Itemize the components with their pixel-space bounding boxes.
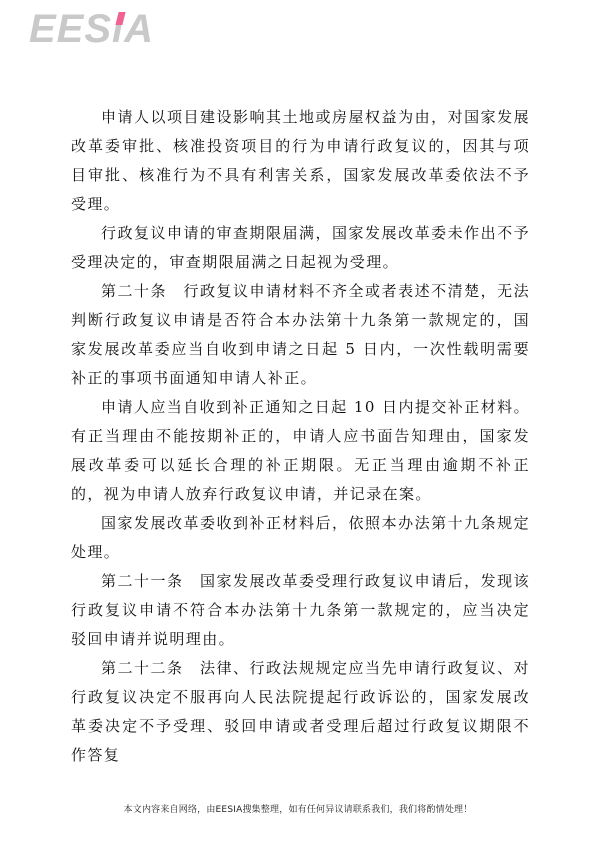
paragraph: 国家发展改革委收到补正材料后，依照本办法第十九条规定处理。 <box>71 509 530 567</box>
paragraph: 申请人以项目建设影响其土地或房屋权益为由，对国家发展改革委审批、核准投资项目的行… <box>71 103 530 219</box>
eesia-logo: EESıA <box>29 6 154 52</box>
logo-letter-i: ı <box>112 6 124 52</box>
logo-text-start: EES <box>29 7 112 51</box>
paragraph: 申请人应当自收到补正通知之日起 10 日内提交补正材料。有正当理由不能按期补正的… <box>71 393 530 509</box>
paragraph: 行政复议申请的审查期限届满，国家发展改革委未作出不予受理决定的，审查期限届满之日… <box>71 219 530 277</box>
paragraph-article-21: 第二十一条 国家发展改革委受理行政复议申请后，发现该行政复议申请不符合本办法第十… <box>71 567 530 654</box>
logo-text-end: A <box>124 7 154 51</box>
document-body: 申请人以项目建设影响其土地或房屋权益为由，对国家发展改革委审批、核准投资项目的行… <box>71 103 530 770</box>
footer-disclaimer: 本文内容来自网络，由EESIA搜集整理，如有任何异议请联系我们，我们将酌情处理！ <box>0 804 596 816</box>
paragraph-article-22: 第二十二条 法律、行政法规规定应当先申请行政复议、对行政复议决定不服再向人民法院… <box>71 654 530 770</box>
document-page: EESıA 申请人以项目建设影响其土地或房屋权益为由，对国家发展改革委审批、核准… <box>0 0 596 842</box>
paragraph-article-20: 第二十条 行政复议申请材料不齐全或者表述不清楚，无法判断行政复议申请是否符合本办… <box>71 277 530 393</box>
